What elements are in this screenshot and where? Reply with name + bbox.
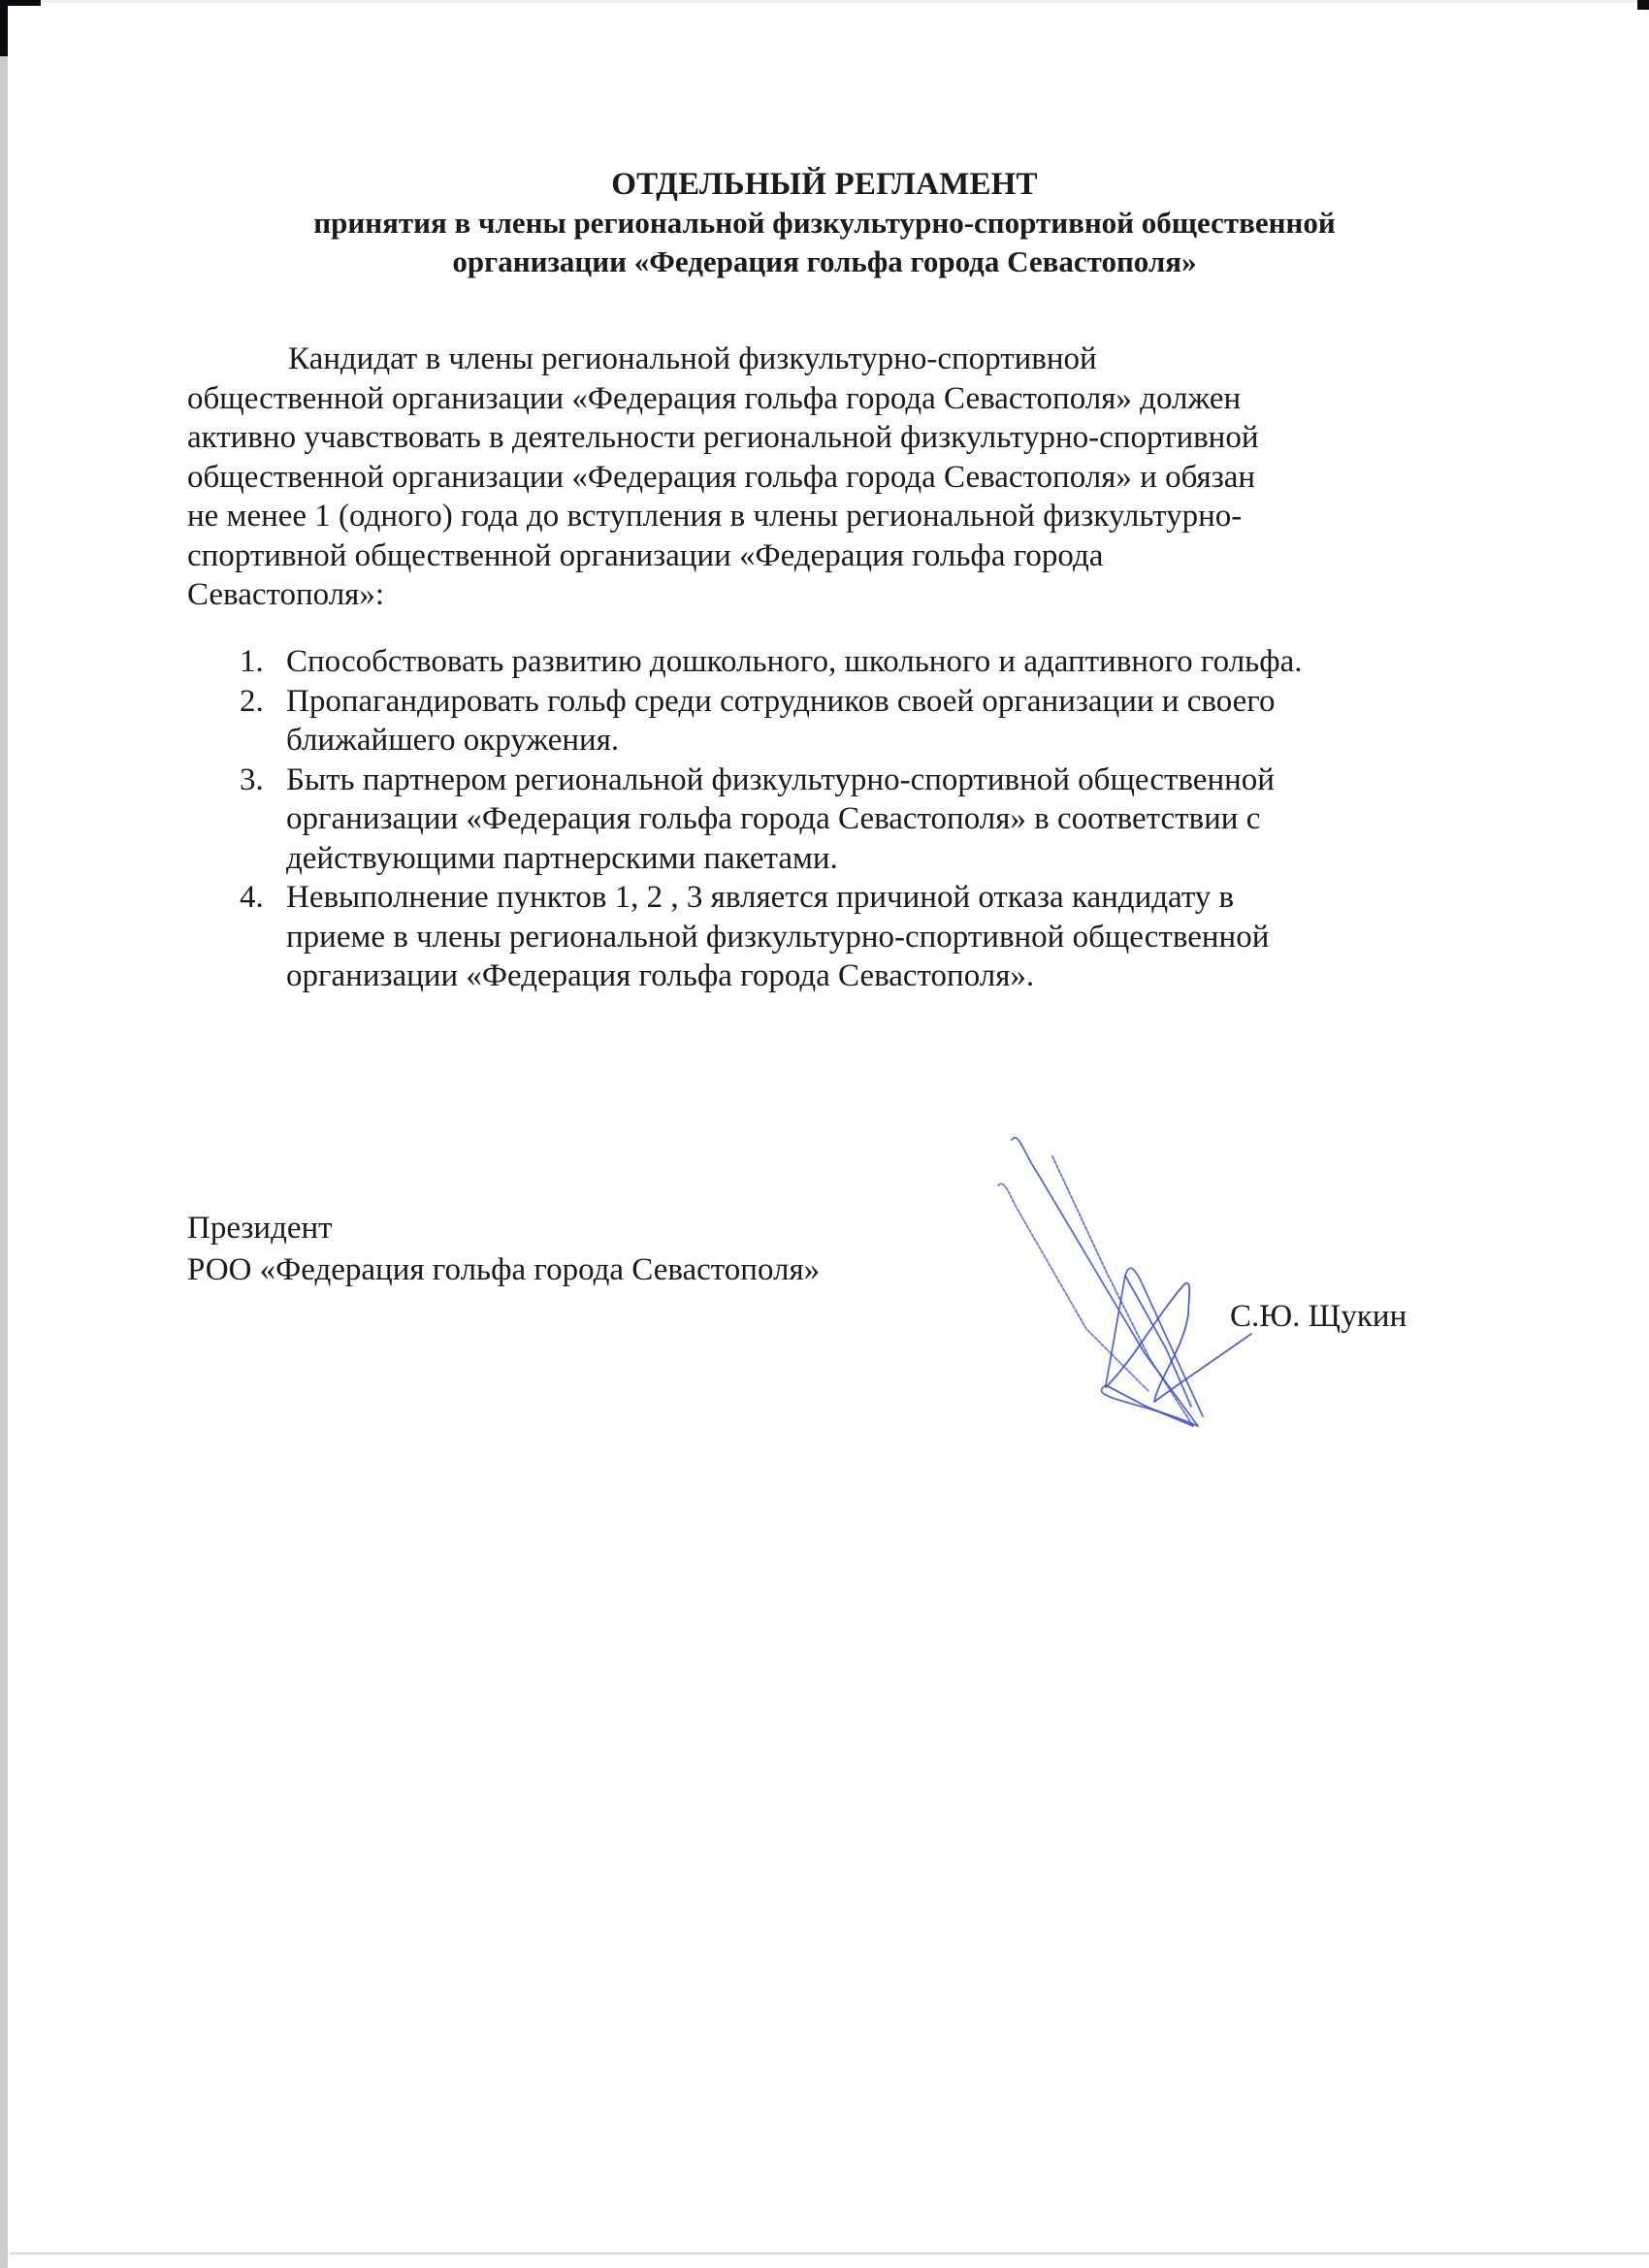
- document-title: ОТДЕЛЬНЫЙ РЕГЛАМЕНТ: [0, 165, 1649, 204]
- document-subtitle-line: принятия в члены региональной физкультур…: [0, 204, 1649, 243]
- list-item-text: Способствовать развитию дошкольного, шко…: [286, 642, 1487, 682]
- signatory-name: С.Ю. Щукин: [1230, 1297, 1406, 1336]
- list-item-number: 1.: [240, 642, 264, 682]
- signatory-position: Президент: [187, 1208, 820, 1249]
- list-item-number: 3.: [240, 761, 264, 800]
- list-item-text: Быть партнером региональной физкультурно…: [286, 761, 1487, 800]
- paragraph-line: спортивной общественной организации «Фед…: [187, 536, 1477, 576]
- paragraph-line: активно учавствовать в деятельности реги…: [187, 418, 1477, 458]
- list-item: 2. Пропагандировать гольф среди сотрудни…: [187, 682, 1487, 761]
- scan-border-top: [41, 0, 1637, 3]
- list-item: 1. Способствовать развитию дошкольного, …: [187, 642, 1487, 682]
- list-item-text: организации «Федерация гольфа города Сев…: [286, 956, 1487, 996]
- requirements-list: 1. Способствовать развитию дошкольного, …: [187, 642, 1487, 996]
- intro-paragraph: Кандидат в члены региональной физкультур…: [187, 340, 1477, 615]
- scan-border-corner: [0, 0, 41, 56]
- handwritten-signature-icon: [989, 1116, 1280, 1445]
- signatory-organization: РОО «Федерация гольфа города Севастополя…: [187, 1249, 820, 1291]
- list-item-text: ближайшего окружения.: [286, 721, 1487, 761]
- paragraph-line: общественной организации «Федерация голь…: [187, 458, 1477, 498]
- document-header: ОТДЕЛЬНЫЙ РЕГЛАМЕНТ принятия в члены рег…: [0, 165, 1649, 281]
- list-item-text: организации «Федерация гольфа города Сев…: [286, 799, 1487, 839]
- list-item: 3. Быть партнером региональной физкульту…: [187, 761, 1487, 879]
- list-item-text: приеме в члены региональной физкультурно…: [286, 918, 1487, 957]
- scan-border-corner-right: [1637, 0, 1649, 10]
- list-item-text: Пропагандировать гольф среди сотрудников…: [286, 682, 1487, 722]
- list-item-text: Невыполнение пунктов 1, 2 , 3 является п…: [286, 878, 1487, 918]
- list-item-number: 4.: [240, 878, 264, 918]
- paragraph-line: Кандидат в члены региональной физкультур…: [187, 340, 1477, 379]
- list-item: 4. Невыполнение пунктов 1, 2 , 3 являетс…: [187, 878, 1487, 996]
- paragraph-line: общественной организации «Федерация голь…: [187, 379, 1477, 419]
- document-subtitle-line: организации «Федерация гольфа города Сев…: [0, 243, 1649, 281]
- paragraph-line: Севастополя»:: [187, 575, 1477, 615]
- list-item-text: действующими партнерскими пакетами.: [286, 839, 1487, 879]
- list-item-number: 2.: [240, 682, 264, 722]
- scan-border-left: [0, 56, 8, 2268]
- paragraph-line: не менее 1 (одного) года до вступления в…: [187, 497, 1477, 536]
- signatory-block: Президент РОО «Федерация гольфа города С…: [187, 1208, 820, 1291]
- scan-border-bottom: [10, 2252, 1649, 2254]
